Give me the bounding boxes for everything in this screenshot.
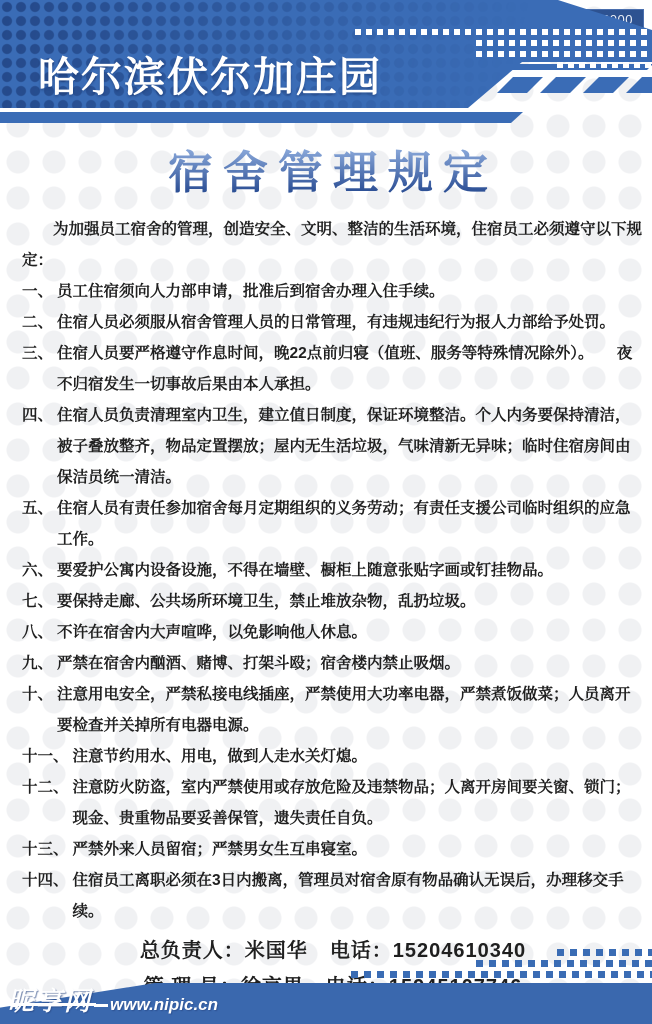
dot-row	[557, 949, 652, 956]
rule-text: 严禁在宿舍内酗酒、赌博、打架斗殴；宿舍楼内禁止吸烟。	[57, 648, 644, 679]
rule-item: 四、住宿人员负责清理室内卫生，建立值日制度，保证环境整洁。个人内务要保持清洁，被…	[22, 400, 644, 493]
dot-row	[476, 51, 652, 57]
rule-item: 十一、注意节约用水、用电，做到人走水关灯熄。	[22, 741, 644, 772]
rule-number: 九、	[22, 648, 57, 679]
banner-underline-stripe	[0, 112, 523, 123]
rule-number: 十三、	[22, 834, 73, 865]
rule-number: 二、	[22, 307, 57, 338]
rule-item: 一、员工住宿须向人力部申请，批准后到宿舍办理入住手续。	[22, 276, 644, 307]
poster-page: 哈尔滨伏尔加庄园 宿舍管理规定 为加强员工宿舍的管理，创造安全、文明、整洁的生活…	[0, 0, 652, 1024]
rule-item: 三、住宿人员要严格遵守作息时间，晚22点前归寝（值班、服务等特殊情况除外）。 夜…	[22, 338, 644, 400]
rule-number: 七、	[22, 586, 57, 617]
rule-item: 十三、严禁外来人员留宿；严禁男女生互串寝室。	[22, 834, 644, 865]
dot-row	[476, 960, 652, 967]
rule-text: 不许在宿舍内大声喧哗，以免影响他人休息。	[57, 617, 644, 648]
dot-row	[476, 40, 652, 46]
watermark-site-url: www.nipic.cn	[110, 995, 218, 1014]
rule-number: 十、	[22, 679, 57, 741]
rule-number: 十二、	[22, 772, 73, 834]
rule-text: 住宿员工离职必须在3日内搬离，管理员对宿舍原有物品确认无误后，办理移交手续。	[73, 865, 644, 927]
road-dash	[583, 77, 629, 93]
rule-item: 二、住宿人员必须服从宿舍管理人员的日常管理，有违规违纪行为报人力部给予处罚。	[22, 307, 644, 338]
contact-role-name: 总负责人：米国华	[140, 940, 308, 962]
rule-number: 十一、	[22, 741, 73, 772]
rule-number: 一、	[22, 276, 57, 307]
rule-text: 员工住宿须向人力部申请，批准后到宿舍办理入住手续。	[57, 276, 644, 307]
rule-item: 六、要爱护公寓内设备设施，不得在墙壁、橱柜上随意张贴字画或钉挂物品。	[22, 555, 644, 586]
rule-item: 五、住宿人员有责任参加宿舍每月定期组织的义务劳动；有责任支援公司临时组织的应急工…	[22, 493, 644, 555]
rule-text: 要爱护公寓内设备设施，不得在墙壁、橱柜上随意张贴字画或钉挂物品。	[57, 555, 644, 586]
road-dash	[540, 77, 586, 93]
road-dash	[626, 77, 652, 93]
document-body: 宿舍管理规定 为加强员工宿舍的管理，创造安全、文明、整洁的生活环境，住宿员工必须…	[22, 146, 644, 1005]
dot-row	[351, 971, 652, 978]
rule-item: 九、严禁在宿舍内酗酒、赌博、打架斗殴；宿舍楼内禁止吸烟。	[22, 648, 644, 679]
rule-text: 注意防火防盗，室内严禁使用或存放危险及违禁物品；人离开房间要关窗、锁门；现金、贵…	[73, 772, 644, 834]
page-title: 宿舍管理规定	[22, 146, 644, 200]
rule-item: 十四、住宿员工离职必须在3日内搬离，管理员对宿舍原有物品确认无误后，办理移交手续…	[22, 865, 644, 927]
road-dashes	[505, 77, 652, 93]
watermark-site-name: 昵享网	[8, 986, 92, 1016]
rule-text: 注意用电安全，严禁私接电线插座，严禁使用大功率电器，严禁煮饭做菜；人员离开要检查…	[57, 679, 644, 741]
rule-text: 住宿人员要严格遵守作息时间，晚22点前归寝（值班、服务等特殊情况除外）。 夜不归…	[57, 338, 644, 400]
rule-text: 住宿人员负责清理室内卫生，建立值日制度，保证环境整洁。个人内务要保持清洁，被子叠…	[57, 400, 644, 493]
rule-text: 严禁外来人员留宿；严禁男女生互串寝室。	[73, 834, 644, 865]
rule-text: 住宿人员必须服从宿舍管理人员的日常管理，有违规违纪行为报人力部给予处罚。	[57, 307, 644, 338]
rule-item: 八、不许在宿舍内大声喧哗，以免影响他人休息。	[22, 617, 644, 648]
rule-number: 五、	[22, 493, 57, 555]
dotted-squares-top-icon	[355, 29, 652, 68]
watermark-dash	[94, 1004, 108, 1007]
rule-number: 十四、	[22, 865, 73, 927]
rule-text: 要保持走廊、公共场所环境卫生，禁止堆放杂物，乱扔垃圾。	[57, 586, 644, 617]
rule-number: 六、	[22, 555, 57, 586]
org-name: 哈尔滨伏尔加庄园	[38, 44, 382, 103]
dot-row	[355, 29, 652, 35]
rule-item: 十、注意用电安全，严禁私接电线插座，严禁使用大功率电器，严禁煮饭做菜；人员离开要…	[22, 679, 644, 741]
dotted-squares-bottom-icon	[351, 949, 652, 978]
rule-number: 三、	[22, 338, 57, 400]
road-dash	[497, 77, 543, 93]
rule-text: 住宿人员有责任参加宿舍每月定期组织的义务劳动；有责任支援公司临时组织的应急工作。	[57, 493, 644, 555]
rules-list: 一、员工住宿须向人力部申请，批准后到宿舍办理入住手续。 二、住宿人员必须服从宿舍…	[22, 276, 644, 927]
intro-paragraph: 为加强员工宿舍的管理，创造安全、文明、整洁的生活环境，住宿员工必须遵守以下规定：	[22, 214, 644, 276]
rule-number: 八、	[22, 617, 57, 648]
rule-number: 四、	[22, 400, 57, 493]
dot-row	[557, 62, 652, 68]
rule-text: 注意节约用水、用电，做到人走水关灯熄。	[73, 741, 644, 772]
rule-item: 十二、注意防火防盗，室内严禁使用或存放危险及违禁物品；人离开房间要关窗、锁门；现…	[22, 772, 644, 834]
nipic-watermark: 昵享网www.nipic.cn	[8, 981, 218, 1018]
rule-item: 七、要保持走廊、公共场所环境卫生，禁止堆放杂物，乱扔垃圾。	[22, 586, 644, 617]
